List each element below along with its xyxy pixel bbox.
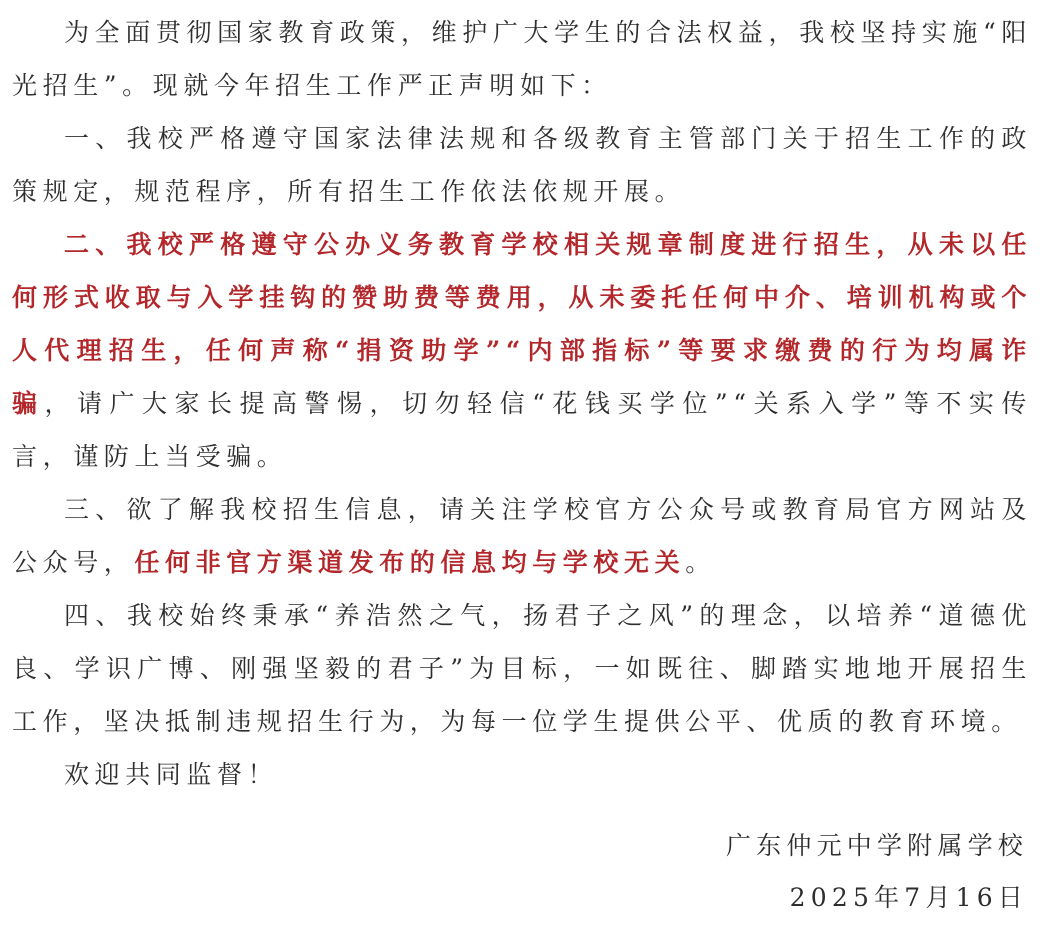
text-segment: ，请广大家长提高警惕，切勿轻信“花钱买学位”“关系入学”等不实传言，谨防上当受骗… xyxy=(12,389,1032,471)
paragraph-intro: 为全面贯彻国家教育政策，维护广大学生的合法权益，我校坚持实施“阳光招生”。现就今… xyxy=(12,6,1032,112)
text-segment: 。 xyxy=(685,548,716,577)
text-segment: 为全面贯彻国家教育政策，维护广大学生的合法权益，我校坚持实施“阳光招生”。现就今… xyxy=(12,18,1032,100)
paragraph-point-3: 三、欲了解我校招生信息，请关注学校官方公众号或教育局官方网站及公众号，任何非官方… xyxy=(12,483,1032,589)
paragraph-point-4: 四、我校始终秉承“养浩然之气，扬君子之风”的理念，以培养“道德优良、学识广博、刚… xyxy=(12,589,1032,748)
paragraph-point-2: 二、我校严格遵守公办义务教育学校相关规章制度进行招生，从未以任何形式收取与入学挂… xyxy=(12,218,1032,483)
paragraph-point-1: 一、我校严格遵守国家法律法规和各级教育主管部门关于招生工作的政策规定，规范程序，… xyxy=(12,112,1032,218)
text-segment: 一、我校严格遵守国家法律法规和各级教育主管部门关于招生工作的政策规定，规范程序，… xyxy=(12,124,1032,206)
signature-organization: 广东仲元中学附属学校 xyxy=(726,826,1028,862)
paragraph-closing: 欢迎共同监督！ xyxy=(12,748,1032,801)
emphasis-segment: 任何非官方渠道发布的信息均与学校无关 xyxy=(134,548,685,577)
text-segment: 欢迎共同监督！ xyxy=(64,760,278,789)
text-segment: 四、我校始终秉承“养浩然之气，扬君子之风”的理念，以培养“道德优良、学识广博、刚… xyxy=(12,601,1032,736)
statement-body: 为全面贯彻国家教育政策，维护广大学生的合法权益，我校坚持实施“阳光招生”。现就今… xyxy=(12,6,1032,801)
signature-date: 2025年7月16日 xyxy=(790,878,1028,914)
